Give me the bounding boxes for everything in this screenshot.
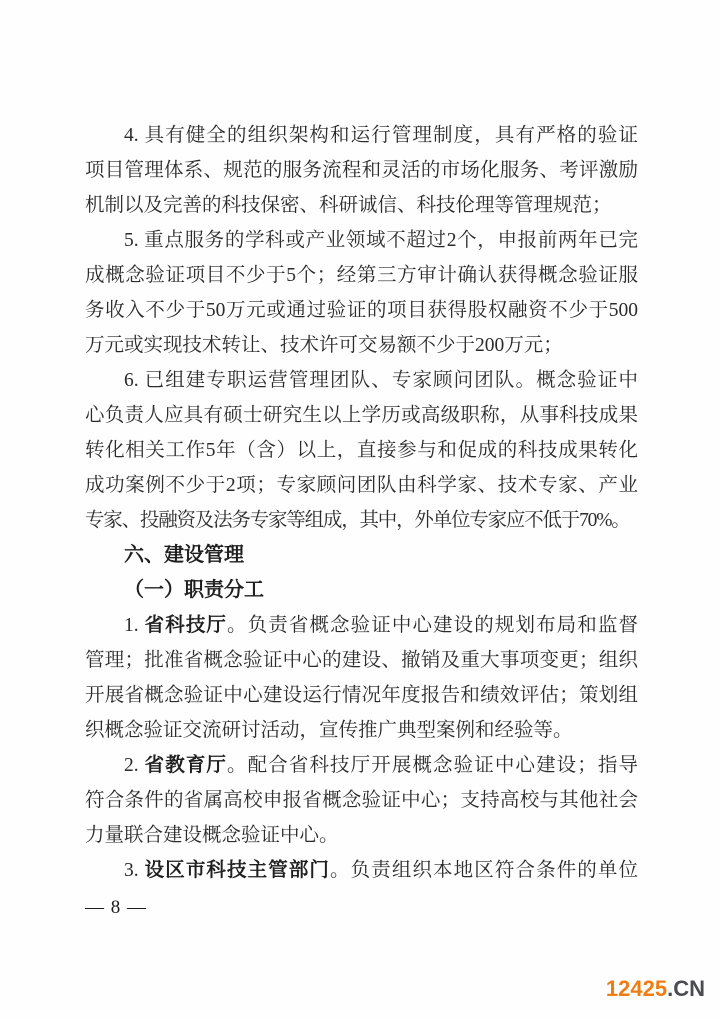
text-line: 3. 设区市科技主管部门。负责组织本地区符合条件的单位 [85, 853, 638, 888]
text-segment: 万元或实现技术转让、技术许可交易额不少于200万元； [85, 335, 563, 356]
text-line: 符合条件的省属高校申报省概念验证中心；支持高校与其他社会 [85, 783, 638, 818]
text-segment: 。配合省科技厅开展概念验证中心建设；指导 [227, 755, 638, 776]
text-segment: 管理；批准省概念验证中心的建设、撤销及重大事项变更；组织 [85, 650, 638, 671]
bold-text-segment: 六、建设管理 [124, 544, 244, 566]
text-segment: 成概念验证项目不少于5个；经第三方审计确认获得概念验证服 [85, 265, 638, 286]
text-line: 织概念验证交流研讨活动，宣传推广典型案例和经验等。 [85, 713, 638, 748]
watermark-logo: 12425.CN [606, 976, 705, 1002]
text-line: 心负责人应具有硕士研究生以上学历或高级职称，从事科技成果 [85, 398, 638, 433]
text-segment: 转化相关工作5年（含）以上，直接参与和促成的科技成果转化 [85, 440, 638, 461]
text-line: 力量联合建设概念验证中心。 [85, 818, 638, 853]
text-segment: 。负责省概念验证中心建设的规划布局和监督 [227, 615, 638, 636]
bold-text-segment: 设区市科技主管部门 [145, 860, 330, 881]
text-line: 5. 重点服务的学科或产业领域不超过2个，申报前两年已完 [85, 223, 638, 258]
text-segment: 成功案例不少于2项；专家顾问团队由科学家、技术专家、产业 [85, 475, 638, 496]
text-line: 专家、投融资及法务专家等组成，其中，外单位专家应不低于70%。 [85, 503, 638, 538]
text-line: 开展省概念验证中心建设运行情况年度报告和绩效评估；策划组 [85, 678, 638, 713]
text-segment: 3. [124, 860, 145, 881]
text-segment: 2. [124, 755, 145, 776]
document-page: 4. 具有健全的组织架构和运行管理制度，具有严格的验证项目管理体系、规范的服务流… [0, 0, 720, 1018]
text-segment: 。负责组织本地区符合条件的单位 [330, 860, 638, 881]
bold-text-segment: 省科技厅 [145, 615, 227, 636]
text-segment: 力量联合建设概念验证中心。 [85, 825, 339, 846]
text-line: 6. 已组建专职运营管理团队、专家顾问团队。概念验证中 [85, 363, 638, 398]
text-segment: 6. 已组建专职运营管理团队、专家顾问团队。概念验证中 [124, 370, 638, 391]
subsection-heading: （一）职责分工 [85, 573, 638, 608]
text-line: 成概念验证项目不少于5个；经第三方审计确认获得概念验证服 [85, 258, 638, 293]
text-line: 万元或实现技术转让、技术许可交易额不少于200万元； [85, 328, 638, 363]
text-line: 成功案例不少于2项；专家顾问团队由科学家、技术专家、产业 [85, 468, 638, 503]
text-line: 4. 具有健全的组织架构和运行管理制度，具有严格的验证 [85, 118, 638, 153]
text-segment: 织概念验证交流研讨活动，宣传推广典型案例和经验等。 [85, 720, 573, 741]
text-line: 转化相关工作5年（含）以上，直接参与和促成的科技成果转化 [85, 433, 638, 468]
text-segment: 4. 具有健全的组织架构和运行管理制度，具有严格的验证 [124, 125, 638, 146]
text-line: 项目管理体系、规范的服务流程和灵活的市场化服务、考评激励 [85, 153, 638, 188]
text-segment: 项目管理体系、规范的服务流程和灵活的市场化服务、考评激励 [85, 160, 638, 181]
text-line: 管理；批准省概念验证中心的建设、撤销及重大事项变更；组织 [85, 643, 638, 678]
section-heading: 六、建设管理 [85, 538, 638, 573]
text-line: 1. 省科技厅。负责省概念验证中心建设的规划布局和监督 [85, 608, 638, 643]
text-segment: 务收入不少于50万元或通过验证的项目获得股权融资不少于500 [85, 300, 638, 321]
text-line: 2. 省教育厅。配合省科技厅开展概念验证中心建设；指导 [85, 748, 638, 783]
text-segment: 专家、投融资及法务专家等组成，其中，外单位专家应不低于70%。 [85, 510, 630, 531]
page-number: — 8 — [85, 893, 147, 923]
text-line: 机制以及完善的科技保密、科研诚信、科技伦理等管理规范； [85, 188, 638, 223]
document-body: 4. 具有健全的组织架构和运行管理制度，具有严格的验证项目管理体系、规范的服务流… [85, 118, 638, 888]
text-segment: 1. [124, 615, 145, 636]
text-segment: 心负责人应具有硕士研究生以上学历或高级职称，从事科技成果 [85, 405, 638, 426]
bold-text-segment: （一）职责分工 [124, 579, 264, 601]
text-segment: 5. 重点服务的学科或产业领域不超过2个，申报前两年已完 [124, 230, 638, 251]
text-segment: 机制以及完善的科技保密、科研诚信、科技伦理等管理规范； [85, 195, 612, 216]
watermark-secondary-text: .CN [667, 976, 705, 1001]
text-segment: 符合条件的省属高校申报省概念验证中心；支持高校与其他社会 [85, 790, 638, 811]
text-segment: 开展省概念验证中心建设运行情况年度报告和绩效评估；策划组 [85, 685, 638, 706]
watermark-primary-text: 12425 [606, 976, 667, 1001]
bold-text-segment: 省教育厅 [145, 755, 227, 776]
text-line: 务收入不少于50万元或通过验证的项目获得股权融资不少于500 [85, 293, 638, 328]
